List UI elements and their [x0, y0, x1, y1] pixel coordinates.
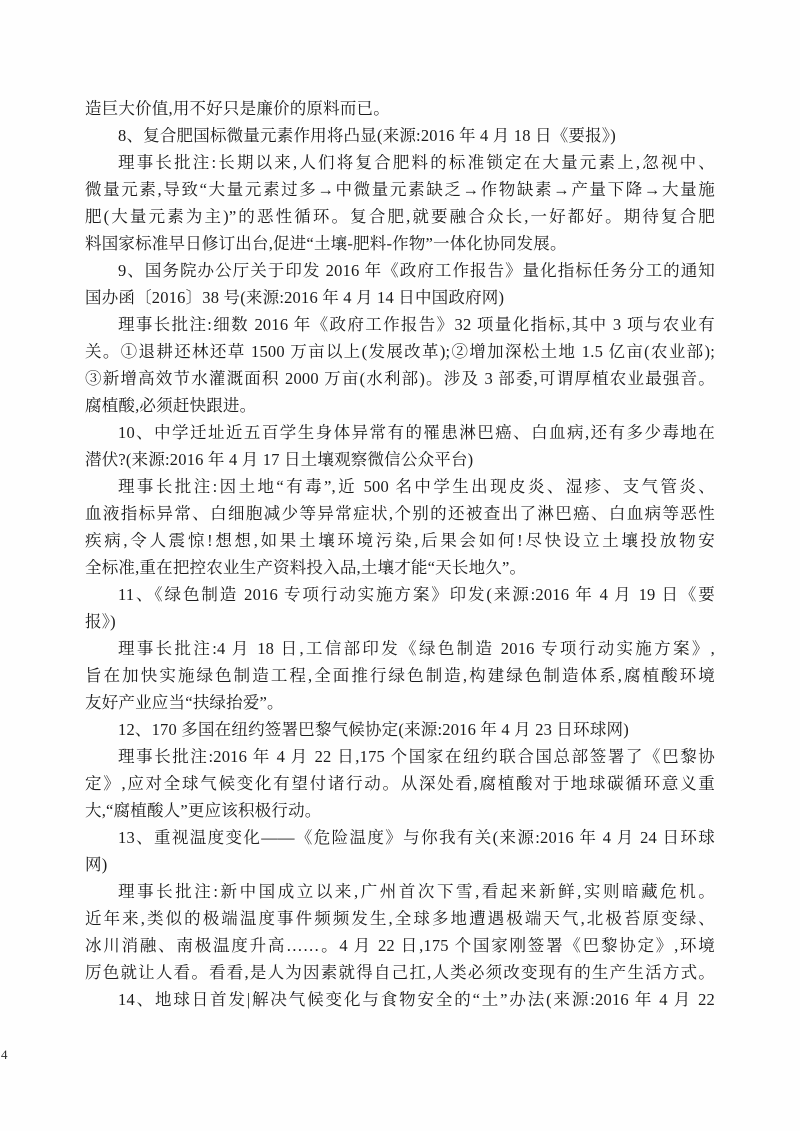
text-lines: 造巨大价值,用不好只是廉价的原料而已。8、复合肥国标微量元素作用将凸显(来源:2… — [85, 95, 715, 1013]
item-heading-line: 14、地球日首发|解决气候变化与食物安全的“土”办法(来源:2016 年 4 月… — [85, 986, 715, 1013]
body-line: 近年来,类似的极端温度事件频频发生,全球多地遭遇极端天气,北极苔原变绿、 — [85, 905, 715, 932]
body-line: 大,“腐植酸人”更应该积极行动。 — [85, 797, 715, 824]
body-line: 料国家标准早日修订出台,促进“土壤-肥料-作物”一体化协同发展。 — [85, 230, 715, 257]
body-line: 友好产业应当“扶绿抬爱”。 — [85, 689, 715, 716]
annotation-line: 理事长批注:因土地“有毒”,近 500 名中学生出现皮炎、湿疹、支气管炎、 — [85, 473, 715, 500]
body-line: 血液指标异常、白细胞减少等异常症状,个别的还被查出了淋巴癌、白血病等恶性 — [85, 500, 715, 527]
body-line: 疾病,令人震惊!想想,如果土壤环境污染,后果会如何!尽快设立土壤投放物安 — [85, 527, 715, 554]
item-heading-line: 11、《绿色制造 2016 专项行动实施方案》印发(来源:2016 年 4 月 … — [85, 581, 715, 608]
annotation-line: 理事长批注:长期以来,人们将复合肥料的标准锁定在大量元素上,忽视中、 — [85, 149, 715, 176]
body-line: 腐植酸,必须赶快跟进。 — [85, 392, 715, 419]
body-line: 厉色就让人看。看看,是人为因素就得自己扛,人类必须改变现有的生产生活方式。 — [85, 959, 715, 986]
page-number: 4 — [1, 1047, 8, 1063]
body-line: 肥(大量元素为主)”的恶性循环。复合肥,就要融合众长,一好都好。期待复合肥 — [85, 203, 715, 230]
body-line: 旨在加快实施绿色制造工程,全面推行绿色制造,构建绿色制造体系,腐植酸环境 — [85, 662, 715, 689]
annotation-line: 理事长批注:新中国成立以来,广州首次下雪,看起来新鲜,实则暗藏危机。 — [85, 878, 715, 905]
body-line: 冰川消融、南极温度升高……。4 月 22 日,175 个国家刚签署《巴黎协定》,… — [85, 932, 715, 959]
body-line: 定》,应对全球气候变化有望付诸行动。从深处看,腐植酸对于地球碳循环意义重 — [85, 770, 715, 797]
item-heading-line: 13、重视温度变化——《危险温度》与你我有关(来源:2016 年 4 月 24 … — [85, 824, 715, 851]
body-line: 国办函〔2016〕38 号(来源:2016 年 4 月 14 日中国政府网) — [85, 284, 715, 311]
body-line: 全标准,重在把控农业生产资料投入品,土壤才能“天长地久”。 — [85, 554, 715, 581]
item-heading-line: 9、国务院办公厅关于印发 2016 年《政府工作报告》量化指标任务分工的通知 — [85, 257, 715, 284]
document-page: 造巨大价值,用不好只是廉价的原料而已。8、复合肥国标微量元素作用将凸显(来源:2… — [0, 0, 800, 1131]
item-heading-line: 8、复合肥国标微量元素作用将凸显(来源:2016 年 4 月 18 日《要报》) — [85, 122, 715, 149]
annotation-line: 理事长批注:2016 年 4 月 22 日,175 个国家在纽约联合国总部签署了… — [85, 743, 715, 770]
body-line: 报》) — [85, 608, 715, 635]
body-line: ③新增高效节水灌溉面积 2000 万亩(水利部)。涉及 3 部委,可谓厚植农业最… — [85, 365, 715, 392]
body-line: 网) — [85, 851, 715, 878]
annotation-line: 理事长批注:细数 2016 年《政府工作报告》32 项量化指标,其中 3 项与农… — [85, 311, 715, 338]
body-line: 关。①退耕还林还草 1500 万亩以上(发展改革);②增加深松土地 1.5 亿亩… — [85, 338, 715, 365]
body-line: 微量元素,导致“大量元素过多→中微量元素缺乏→作物缺素→产量下降→大量施 — [85, 176, 715, 203]
item-heading-line: 12、170 多国在纽约签署巴黎气候协定(来源:2016 年 4 月 23 日环… — [85, 716, 715, 743]
body-line: 潜伏?(来源:2016 年 4 月 17 日土壤观察微信公众平台) — [85, 446, 715, 473]
item-heading-line: 10、中学迁址近五百学生身体异常有的罹患淋巴癌、白血病,还有多少毒地在 — [85, 419, 715, 446]
annotation-line: 理事长批注:4 月 18 日,工信部印发《绿色制造 2016 专项行动实施方案》… — [85, 635, 715, 662]
continuation-line: 造巨大价值,用不好只是廉价的原料而已。 — [85, 95, 715, 122]
